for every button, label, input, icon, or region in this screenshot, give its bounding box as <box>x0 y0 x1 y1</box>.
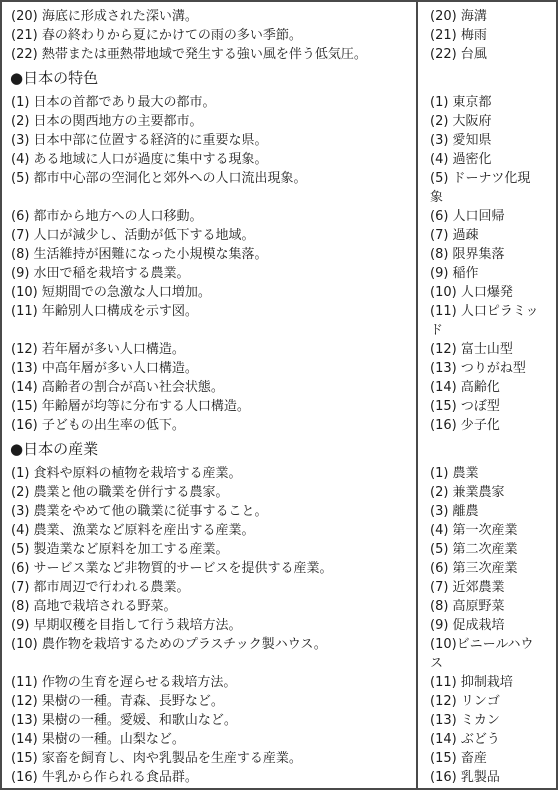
qa-row: (1) 日本の首都であり最大の都市。(1) 東京都 <box>2 93 556 112</box>
worksheet-table: (20) 海底に形成された深い溝。(20) 海溝(21) 春の終わりから夏にかけ… <box>0 0 558 790</box>
answer-cell: (8) 限界集落 <box>416 245 556 264</box>
question-cell: (22) 熱帯または亜熱帯地域で発生する強い風を伴う低気圧。 <box>2 45 416 64</box>
qa-row: (11) 作物の生育を遅らせる栽培方法。(11) 抑制栽培 <box>2 673 556 692</box>
question-cell: (9) 水田で稲を栽培する農業。 <box>2 264 416 283</box>
qa-row: (3) 日本中部に位置する経済的に重要な県。(3) 愛知県 <box>2 131 556 150</box>
answer-cell: (2) 兼業農家 <box>416 483 556 502</box>
question-cell: (2) 日本の関西地方の主要都市。 <box>2 112 416 131</box>
qa-row: (13) 中高年層が多い人口構造。(13) つりがね型 <box>2 359 556 378</box>
question-cell: (10) 農作物を栽培するためのプラスチック製ハウス。 <box>2 635 416 654</box>
question-cell: (8) 高地で栽培される野菜。 <box>2 597 416 616</box>
qa-row: (10) 短期間での急激な人口増加。(10) 人口爆発 <box>2 283 556 302</box>
answer-cell: (15) 畜産 <box>416 749 556 768</box>
question-cell: (13) 中高年層が多い人口構造。 <box>2 359 416 378</box>
answer-cell: (14) 高齢化 <box>416 378 556 397</box>
question-cell: (1) 食料や原料の植物を栽培する産業。 <box>2 464 416 483</box>
answer-cell: (16) 少子化 <box>416 416 556 435</box>
question-cell: (6) 都市から地方への人口移動。 <box>2 207 416 226</box>
answer-cell: (7) 過疎 <box>416 226 556 245</box>
answer-cell: (13) つりがね型 <box>416 359 556 378</box>
question-cell: (20) 海底に形成された深い溝。 <box>2 7 416 26</box>
qa-row: (20) 海底に形成された深い溝。(20) 海溝 <box>2 7 556 26</box>
column-divider <box>416 2 418 788</box>
qa-row: (5) 製造業など原料を加工する産業。(5) 第二次産業 <box>2 540 556 559</box>
qa-row: (4) ある地域に人口が過度に集中する現象。(4) 過密化 <box>2 150 556 169</box>
question-cell: (3) 農業をやめて他の職業に従事すること。 <box>2 502 416 521</box>
question-cell: (10) 短期間での急激な人口増加。 <box>2 283 416 302</box>
question-cell: (3) 日本中部に位置する経済的に重要な県。 <box>2 131 416 150</box>
answer-cell: (9) 促成栽培 <box>416 616 556 635</box>
section-header: ●日本の産業 <box>2 439 556 459</box>
question-cell: (7) 都市周辺で行われる農業。 <box>2 578 416 597</box>
qa-row: (5) 都市中心部の空洞化と郊外への人口流出現象。(5) ドーナツ化現象 <box>2 169 556 207</box>
question-cell: (4) ある地域に人口が過度に集中する現象。 <box>2 150 416 169</box>
qa-row: (15) 年齢層が均等に分布する人口構造。(15) つぼ型 <box>2 397 556 416</box>
qa-row: (9) 水田で稲を栽培する農業。(9) 稲作 <box>2 264 556 283</box>
qa-row: (15) 家畜を飼育し、肉や乳製品を生産する産業。(15) 畜産 <box>2 749 556 768</box>
question-cell: (7) 人口が減少し、活動が低下する地域。 <box>2 226 416 245</box>
answer-cell: (5) 第二次産業 <box>416 540 556 559</box>
qa-row: (16) 牛乳から作られる食品群。(16) 乳製品 <box>2 768 556 787</box>
worksheet-rows-container: (20) 海底に形成された深い溝。(20) 海溝(21) 春の終わりから夏にかけ… <box>2 7 556 787</box>
question-cell: (16) 子どもの出生率の低下。 <box>2 416 416 435</box>
answer-cell: (12) 富士山型 <box>416 340 556 359</box>
question-cell: (11) 作物の生育を遅らせる栽培方法。 <box>2 673 416 692</box>
qa-row: (7) 都市周辺で行われる農業。(7) 近郊農業 <box>2 578 556 597</box>
answer-cell: (3) 離農 <box>416 502 556 521</box>
answer-cell: (4) 第一次産業 <box>416 521 556 540</box>
answer-cell: (5) ドーナツ化現象 <box>416 169 556 207</box>
question-cell: (11) 年齢別人口構成を示す図。 <box>2 302 416 321</box>
question-cell: (15) 年齢層が均等に分布する人口構造。 <box>2 397 416 416</box>
qa-row: (14) 果樹の一種。山梨など。(14) ぶどう <box>2 730 556 749</box>
answer-cell: (12) リンゴ <box>416 692 556 711</box>
answer-cell: (9) 稲作 <box>416 264 556 283</box>
question-cell: (12) 果樹の一種。青森、長野など。 <box>2 692 416 711</box>
question-cell: (6) サービス業など非物質的サービスを提供する産業。 <box>2 559 416 578</box>
answer-cell: (10) 人口爆発 <box>416 283 556 302</box>
question-cell: (8) 生活維持が困難になった小規模な集落。 <box>2 245 416 264</box>
question-cell: (14) 果樹の一種。山梨など。 <box>2 730 416 749</box>
question-cell: (5) 製造業など原料を加工する産業。 <box>2 540 416 559</box>
qa-row: (1) 食料や原料の植物を栽培する産業。(1) 農業 <box>2 464 556 483</box>
answer-cell: (4) 過密化 <box>416 150 556 169</box>
answer-cell: (11) 人口ピラミッド <box>416 302 556 340</box>
qa-row: (12) 果樹の一種。青森、長野など。(12) リンゴ <box>2 692 556 711</box>
qa-row: (16) 子どもの出生率の低下。(16) 少子化 <box>2 416 556 435</box>
qa-row: (6) 都市から地方への人口移動。(6) 人口回帰 <box>2 207 556 226</box>
answer-cell: (10)ビニールハウス <box>416 635 556 673</box>
answer-cell: (2) 大阪府 <box>416 112 556 131</box>
section-header: ●日本の特色 <box>2 68 556 88</box>
answer-cell: (11) 抑制栽培 <box>416 673 556 692</box>
answer-cell: (15) つぼ型 <box>416 397 556 416</box>
qa-row: (8) 生活維持が困難になった小規模な集落。(8) 限界集落 <box>2 245 556 264</box>
answer-cell: (6) 人口回帰 <box>416 207 556 226</box>
qa-row: (2) 農業と他の職業を併行する農家。(2) 兼業農家 <box>2 483 556 502</box>
answer-cell: (22) 台風 <box>416 45 556 64</box>
question-cell: (16) 牛乳から作られる食品群。 <box>2 768 416 787</box>
qa-row: (21) 春の終わりから夏にかけての雨の多い季節。(21) 梅雨 <box>2 26 556 45</box>
question-cell: (14) 高齢者の割合が高い社会状態。 <box>2 378 416 397</box>
question-cell: (2) 農業と他の職業を併行する農家。 <box>2 483 416 502</box>
question-cell: (9) 早期収穫を目指して行う栽培方法。 <box>2 616 416 635</box>
qa-row: (7) 人口が減少し、活動が低下する地域。(7) 過疎 <box>2 226 556 245</box>
qa-row: (11) 年齢別人口構成を示す図。(11) 人口ピラミッド <box>2 302 556 340</box>
question-cell: (12) 若年層が多い人口構造。 <box>2 340 416 359</box>
qa-row: (22) 熱帯または亜熱帯地域で発生する強い風を伴う低気圧。(22) 台風 <box>2 45 556 64</box>
answer-cell: (1) 農業 <box>416 464 556 483</box>
answer-cell: (20) 海溝 <box>416 7 556 26</box>
qa-row: (3) 農業をやめて他の職業に従事すること。(3) 離農 <box>2 502 556 521</box>
answer-cell: (1) 東京都 <box>416 93 556 112</box>
qa-row: (10) 農作物を栽培するためのプラスチック製ハウス。(10)ビニールハウス <box>2 635 556 673</box>
answer-cell: (6) 第三次産業 <box>416 559 556 578</box>
qa-row: (12) 若年層が多い人口構造。(12) 富士山型 <box>2 340 556 359</box>
question-cell: (5) 都市中心部の空洞化と郊外への人口流出現象。 <box>2 169 416 188</box>
qa-row: (13) 果樹の一種。愛媛、和歌山など。(13) ミカン <box>2 711 556 730</box>
qa-row: (8) 高地で栽培される野菜。(8) 高原野菜 <box>2 597 556 616</box>
answer-cell: (16) 乳製品 <box>416 768 556 787</box>
qa-row: (2) 日本の関西地方の主要都市。(2) 大阪府 <box>2 112 556 131</box>
question-cell: (21) 春の終わりから夏にかけての雨の多い季節。 <box>2 26 416 45</box>
question-cell: (4) 農業、漁業など原料を産出する産業。 <box>2 521 416 540</box>
answer-cell: (3) 愛知県 <box>416 131 556 150</box>
qa-row: (9) 早期収穫を目指して行う栽培方法。(9) 促成栽培 <box>2 616 556 635</box>
question-cell: (13) 果樹の一種。愛媛、和歌山など。 <box>2 711 416 730</box>
question-cell: (15) 家畜を飼育し、肉や乳製品を生産する産業。 <box>2 749 416 768</box>
answer-cell: (13) ミカン <box>416 711 556 730</box>
answer-cell: (21) 梅雨 <box>416 26 556 45</box>
question-cell: (1) 日本の首都であり最大の都市。 <box>2 93 416 112</box>
qa-row: (14) 高齢者の割合が高い社会状態。(14) 高齢化 <box>2 378 556 397</box>
qa-row: (4) 農業、漁業など原料を産出する産業。(4) 第一次産業 <box>2 521 556 540</box>
answer-cell: (7) 近郊農業 <box>416 578 556 597</box>
qa-row: (6) サービス業など非物質的サービスを提供する産業。(6) 第三次産業 <box>2 559 556 578</box>
answer-cell: (14) ぶどう <box>416 730 556 749</box>
answer-cell: (8) 高原野菜 <box>416 597 556 616</box>
